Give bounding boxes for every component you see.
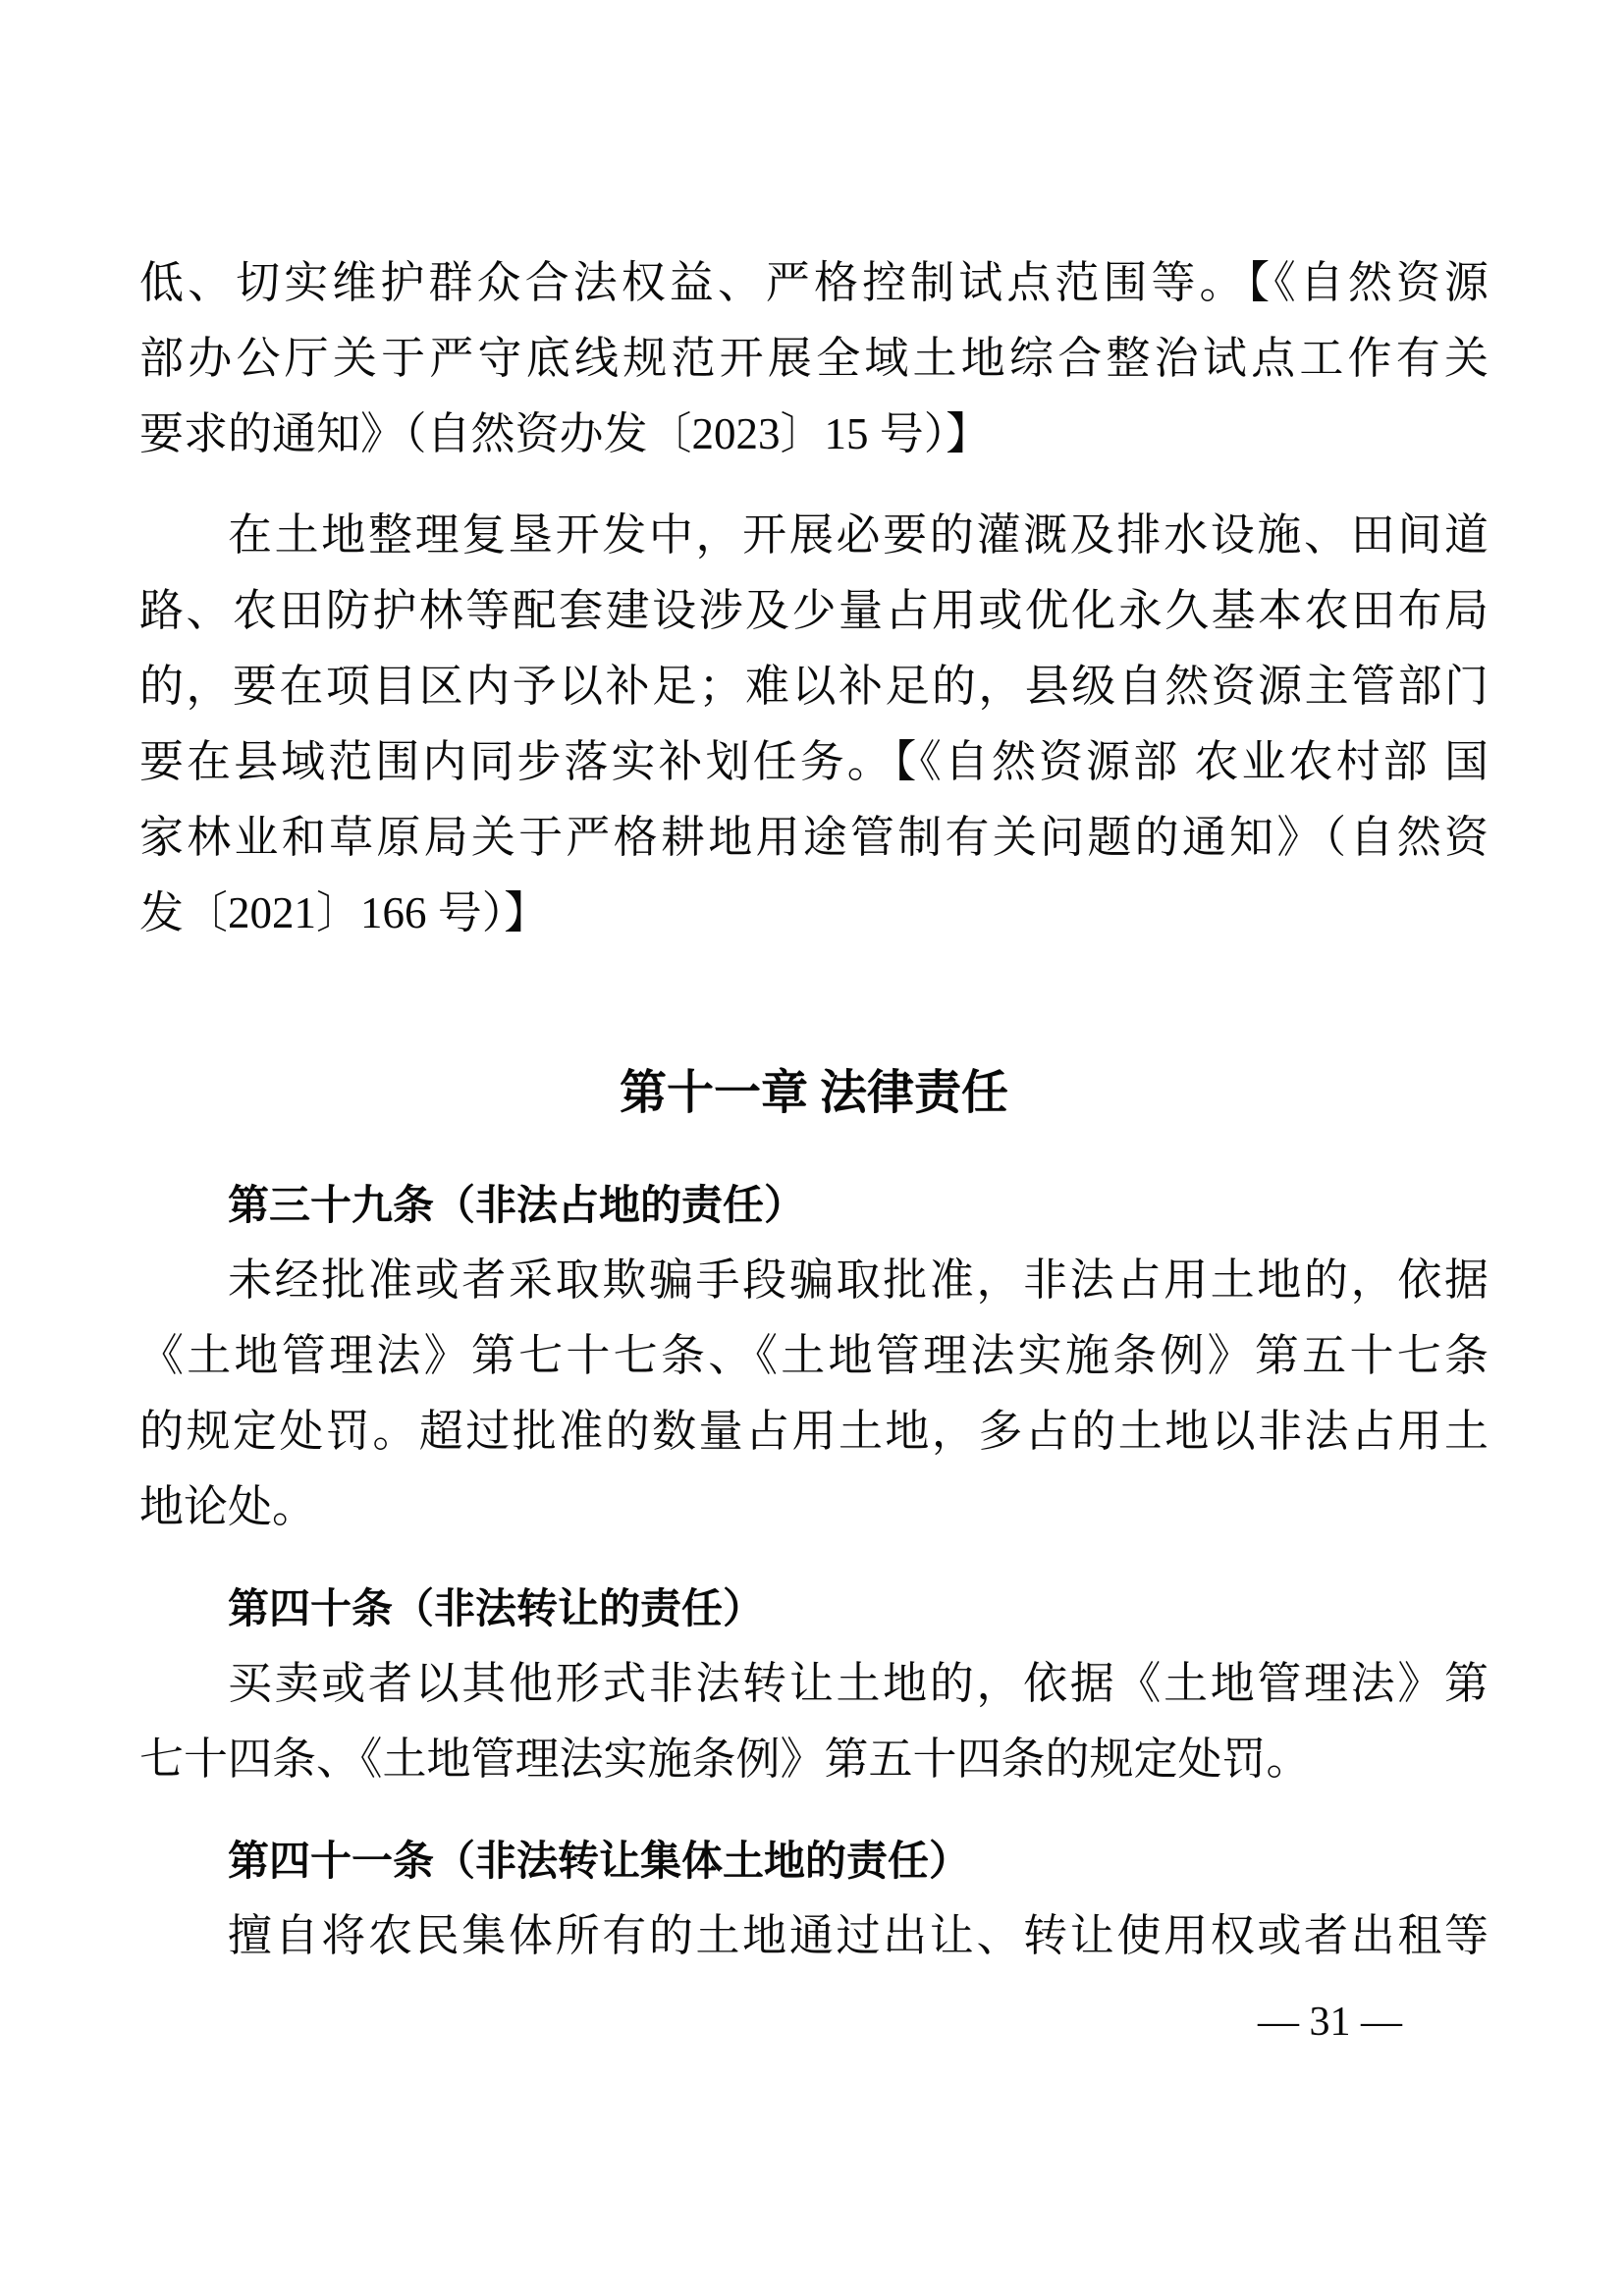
chapter-heading: 第十一章 法律责任: [139, 1049, 1489, 1138]
article-39-heading: 第三十九条（非法占地的责任）: [139, 1167, 1489, 1243]
paragraph-line: 在土地整理复垦开发中，开展必要的灌溉及排水设施、田间道: [139, 498, 1489, 573]
paragraph-line: 家林业和草原局关于严格耕地用途管制有关问题的通知》（自然资: [139, 800, 1489, 876]
paragraph-line: 未经批准或者采取欺骗手段骗取批准，非法占用土地的，依据: [139, 1243, 1489, 1318]
paragraph-line: 部办公厅关于严守底线规范开展全域土地综合整治试点工作有关: [139, 321, 1489, 397]
paragraph-line: 七十四条、《土地管理法实施条例》第五十四条的规定处罚。: [139, 1722, 1489, 1797]
paragraph-line: 擅自将农民集体所有的土地通过出让、转让使用权或者出租等: [139, 1898, 1489, 1974]
article-41-heading: 第四十一条（非法转让集体土地的责任）: [139, 1823, 1489, 1898]
paragraph-line: 地论处。: [139, 1469, 1489, 1545]
paragraph-line: 要求的通知》（自然资办发〔2023〕15 号）】: [139, 397, 1489, 472]
paragraph-line: 路、农田防护林等配套建设涉及少量占用或优化永久基本农田布局: [139, 573, 1489, 649]
paragraph-line: 要在县域范围内同步落实补划任务。【《自然资源部 农业农村部 国: [139, 724, 1489, 800]
paragraph-line: 《土地管理法》第七十七条、《土地管理法实施条例》第五十七条: [139, 1318, 1489, 1394]
paragraph-line: 的规定处罚。超过批准的数量占用土地，多占的土地以非法占用土: [139, 1394, 1489, 1469]
paragraph-line: 的，要在项目区内予以补足；难以补足的，县级自然资源主管部门: [139, 649, 1489, 724]
paragraph-line: 买卖或者以其他形式非法转让土地的，依据《土地管理法》第: [139, 1646, 1489, 1722]
page-content: 低、切实维护群众合法权益、严格控制试点范围等。【《自然资源 部办公厅关于严守底线…: [0, 0, 1624, 1974]
page-number: — 31 —: [1258, 1993, 1402, 2052]
document-page: 低、切实维护群众合法权益、严格控制试点范围等。【《自然资源 部办公厅关于严守底线…: [0, 0, 1624, 2296]
article-40-heading: 第四十条（非法转让的责任）: [139, 1571, 1489, 1646]
paragraph-line: 低、切实维护群众合法权益、严格控制试点范围等。【《自然资源: [139, 245, 1489, 321]
paragraph-line: 发〔2021〕166 号）】: [139, 876, 1489, 951]
